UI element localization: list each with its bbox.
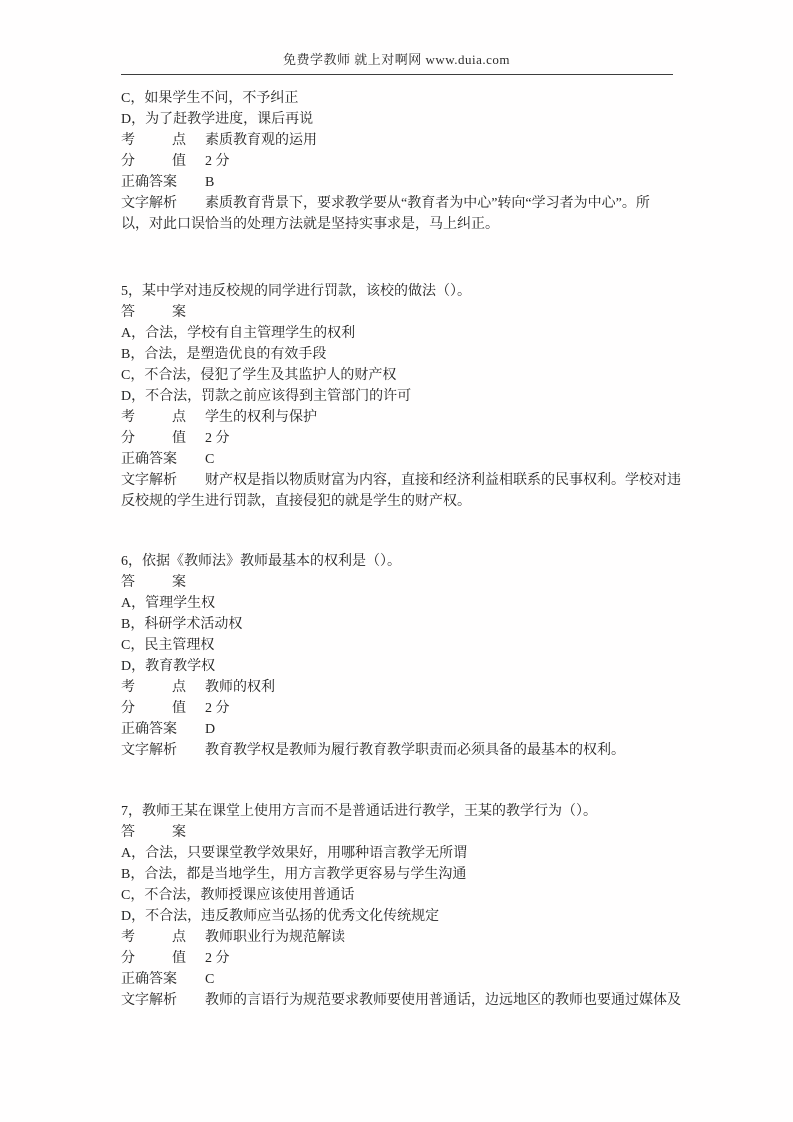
analysis-text: 素质教育背景下，要求教学要从“教育者为中心”转向“学习者为中心”。所 xyxy=(205,196,650,211)
exam-point-value: 学生的权利与保护 xyxy=(205,410,317,425)
question-block-7: 7，教师王某在课堂上使用方言而不是普通话进行教学，王某的教学行为（）。 答案 A… xyxy=(121,801,706,1011)
score-row: 分值2 分 xyxy=(121,698,706,719)
option-line: B，合法，都是当地学生，用方言教学更容易与学生沟通 xyxy=(121,864,706,885)
option-line: A，合法，学校有自主管理学生的权利 xyxy=(121,323,706,344)
correct-answer-label: 正确答案 xyxy=(121,172,205,193)
header-rule xyxy=(121,74,673,75)
answer-header-row: 答案 xyxy=(121,302,706,323)
analysis-text: 教师的言语行为规范要求教师要使用普通话，边远地区的教师也要通过媒体及 xyxy=(205,993,681,1008)
score-value: 2 分 xyxy=(205,701,230,716)
analysis-label: 文字解析 xyxy=(121,470,205,491)
correct-answer-label: 正确答案 xyxy=(121,969,205,990)
exam-point-row: 考点教师的权利 xyxy=(121,677,706,698)
score-label: 分值 xyxy=(121,428,205,449)
correct-answer-value: B xyxy=(205,175,214,190)
answer-label: 答案 xyxy=(121,572,205,593)
option-line: D，为了赶教学进度，课后再说 xyxy=(121,109,706,130)
answer-header-row: 答案 xyxy=(121,822,706,843)
document-page: 免费学教师 就上对啊网 www.duia.com C，如果学生不问，不予纠正 D… xyxy=(0,0,793,1122)
header-site-line: 免费学教师 就上对啊网 www.duia.com xyxy=(0,0,793,68)
exam-point-value: 教师的权利 xyxy=(205,680,275,695)
document-content: C，如果学生不问，不予纠正 D，为了赶教学进度，课后再说 考点素质教育观的运用 … xyxy=(121,88,706,1011)
correct-answer-row: 正确答案B xyxy=(121,172,706,193)
answer-header-row: 答案 xyxy=(121,572,706,593)
answer-label: 答案 xyxy=(121,302,205,323)
correct-answer-value: D xyxy=(205,722,215,737)
page-header: 免费学教师 就上对啊网 www.duia.com xyxy=(0,0,793,75)
exam-point-row: 考点素质教育观的运用 xyxy=(121,130,706,151)
correct-answer-value: C xyxy=(205,972,214,987)
analysis-text: 财产权是指以物质财富为内容，直接和经济利益相联系的民事权利。学校对违 xyxy=(205,473,681,488)
analysis-continuation: 以，对此口误恰当的处理方法就是坚持实事求是，马上纠正。 xyxy=(121,214,706,235)
score-value: 2 分 xyxy=(205,951,230,966)
score-row: 分值2 分 xyxy=(121,948,706,969)
score-value: 2 分 xyxy=(205,431,230,446)
score-row: 分值2 分 xyxy=(121,151,706,172)
option-line: B，合法，是塑造优良的有效手段 xyxy=(121,344,706,365)
option-line: B，科研学术活动权 xyxy=(121,614,706,635)
question-block-5: 5，某中学对违反校规的同学进行罚款，该校的做法（）。 答案 A，合法，学校有自主… xyxy=(121,281,706,512)
correct-answer-row: 正确答案C xyxy=(121,449,706,470)
question-text: 5，某中学对违反校规的同学进行罚款，该校的做法（）。 xyxy=(121,281,706,302)
exam-point-label: 考点 xyxy=(121,927,205,948)
option-line: C，如果学生不问，不予纠正 xyxy=(121,88,706,109)
option-line: D，教育教学权 xyxy=(121,656,706,677)
question-text: 6，依据《教师法》教师最基本的权利是（）。 xyxy=(121,551,706,572)
exam-point-label: 考点 xyxy=(121,130,205,151)
correct-answer-value: C xyxy=(205,452,214,467)
exam-point-value: 素质教育观的运用 xyxy=(205,133,317,148)
analysis-label: 文字解析 xyxy=(121,990,205,1011)
score-value: 2 分 xyxy=(205,154,230,169)
analysis-row: 文字解析教师的言语行为规范要求教师要使用普通话，边远地区的教师也要通过媒体及 xyxy=(121,990,706,1011)
analysis-row: 文字解析素质教育背景下，要求教学要从“教育者为中心”转向“学习者为中心”。所 xyxy=(121,193,706,214)
analysis-label: 文字解析 xyxy=(121,193,205,214)
analysis-row: 文字解析教育教学权是教师为履行教育教学职责而必须具备的最基本的权利。 xyxy=(121,740,706,761)
option-line: A，合法，只要课堂教学效果好，用哪种语言教学无所谓 xyxy=(121,843,706,864)
option-line: C，民主管理权 xyxy=(121,635,706,656)
score-label: 分值 xyxy=(121,151,205,172)
exam-point-value: 教师职业行为规范解读 xyxy=(205,930,345,945)
option-line: D，不合法，罚款之前应该得到主管部门的许可 xyxy=(121,386,706,407)
question-block-partial: C，如果学生不问，不予纠正 D，为了赶教学进度，课后再说 考点素质教育观的运用 … xyxy=(121,88,706,235)
analysis-label: 文字解析 xyxy=(121,740,205,761)
correct-answer-row: 正确答案C xyxy=(121,969,706,990)
question-text: 7，教师王某在课堂上使用方言而不是普通话进行教学，王某的教学行为（）。 xyxy=(121,801,706,822)
correct-answer-label: 正确答案 xyxy=(121,719,205,740)
question-block-6: 6，依据《教师法》教师最基本的权利是（）。 答案 A，管理学生权 B，科研学术活… xyxy=(121,551,706,761)
score-row: 分值2 分 xyxy=(121,428,706,449)
option-line: C，不合法，侵犯了学生及其监护人的财产权 xyxy=(121,365,706,386)
exam-point-label: 考点 xyxy=(121,407,205,428)
exam-point-row: 考点教师职业行为规范解读 xyxy=(121,927,706,948)
exam-point-row: 考点学生的权利与保护 xyxy=(121,407,706,428)
exam-point-label: 考点 xyxy=(121,677,205,698)
correct-answer-label: 正确答案 xyxy=(121,449,205,470)
score-label: 分值 xyxy=(121,948,205,969)
correct-answer-row: 正确答案D xyxy=(121,719,706,740)
answer-label: 答案 xyxy=(121,822,205,843)
option-line: C，不合法，教师授课应该使用普通话 xyxy=(121,885,706,906)
analysis-continuation: 反校规的学生进行罚款，直接侵犯的就是学生的财产权。 xyxy=(121,491,706,512)
option-line: D，不合法，违反教师应当弘扬的优秀文化传统规定 xyxy=(121,906,706,927)
analysis-text: 教育教学权是教师为履行教育教学职责而必须具备的最基本的权利。 xyxy=(205,743,625,758)
option-line: A，管理学生权 xyxy=(121,593,706,614)
score-label: 分值 xyxy=(121,698,205,719)
analysis-row: 文字解析财产权是指以物质财富为内容，直接和经济利益相联系的民事权利。学校对违 xyxy=(121,470,706,491)
